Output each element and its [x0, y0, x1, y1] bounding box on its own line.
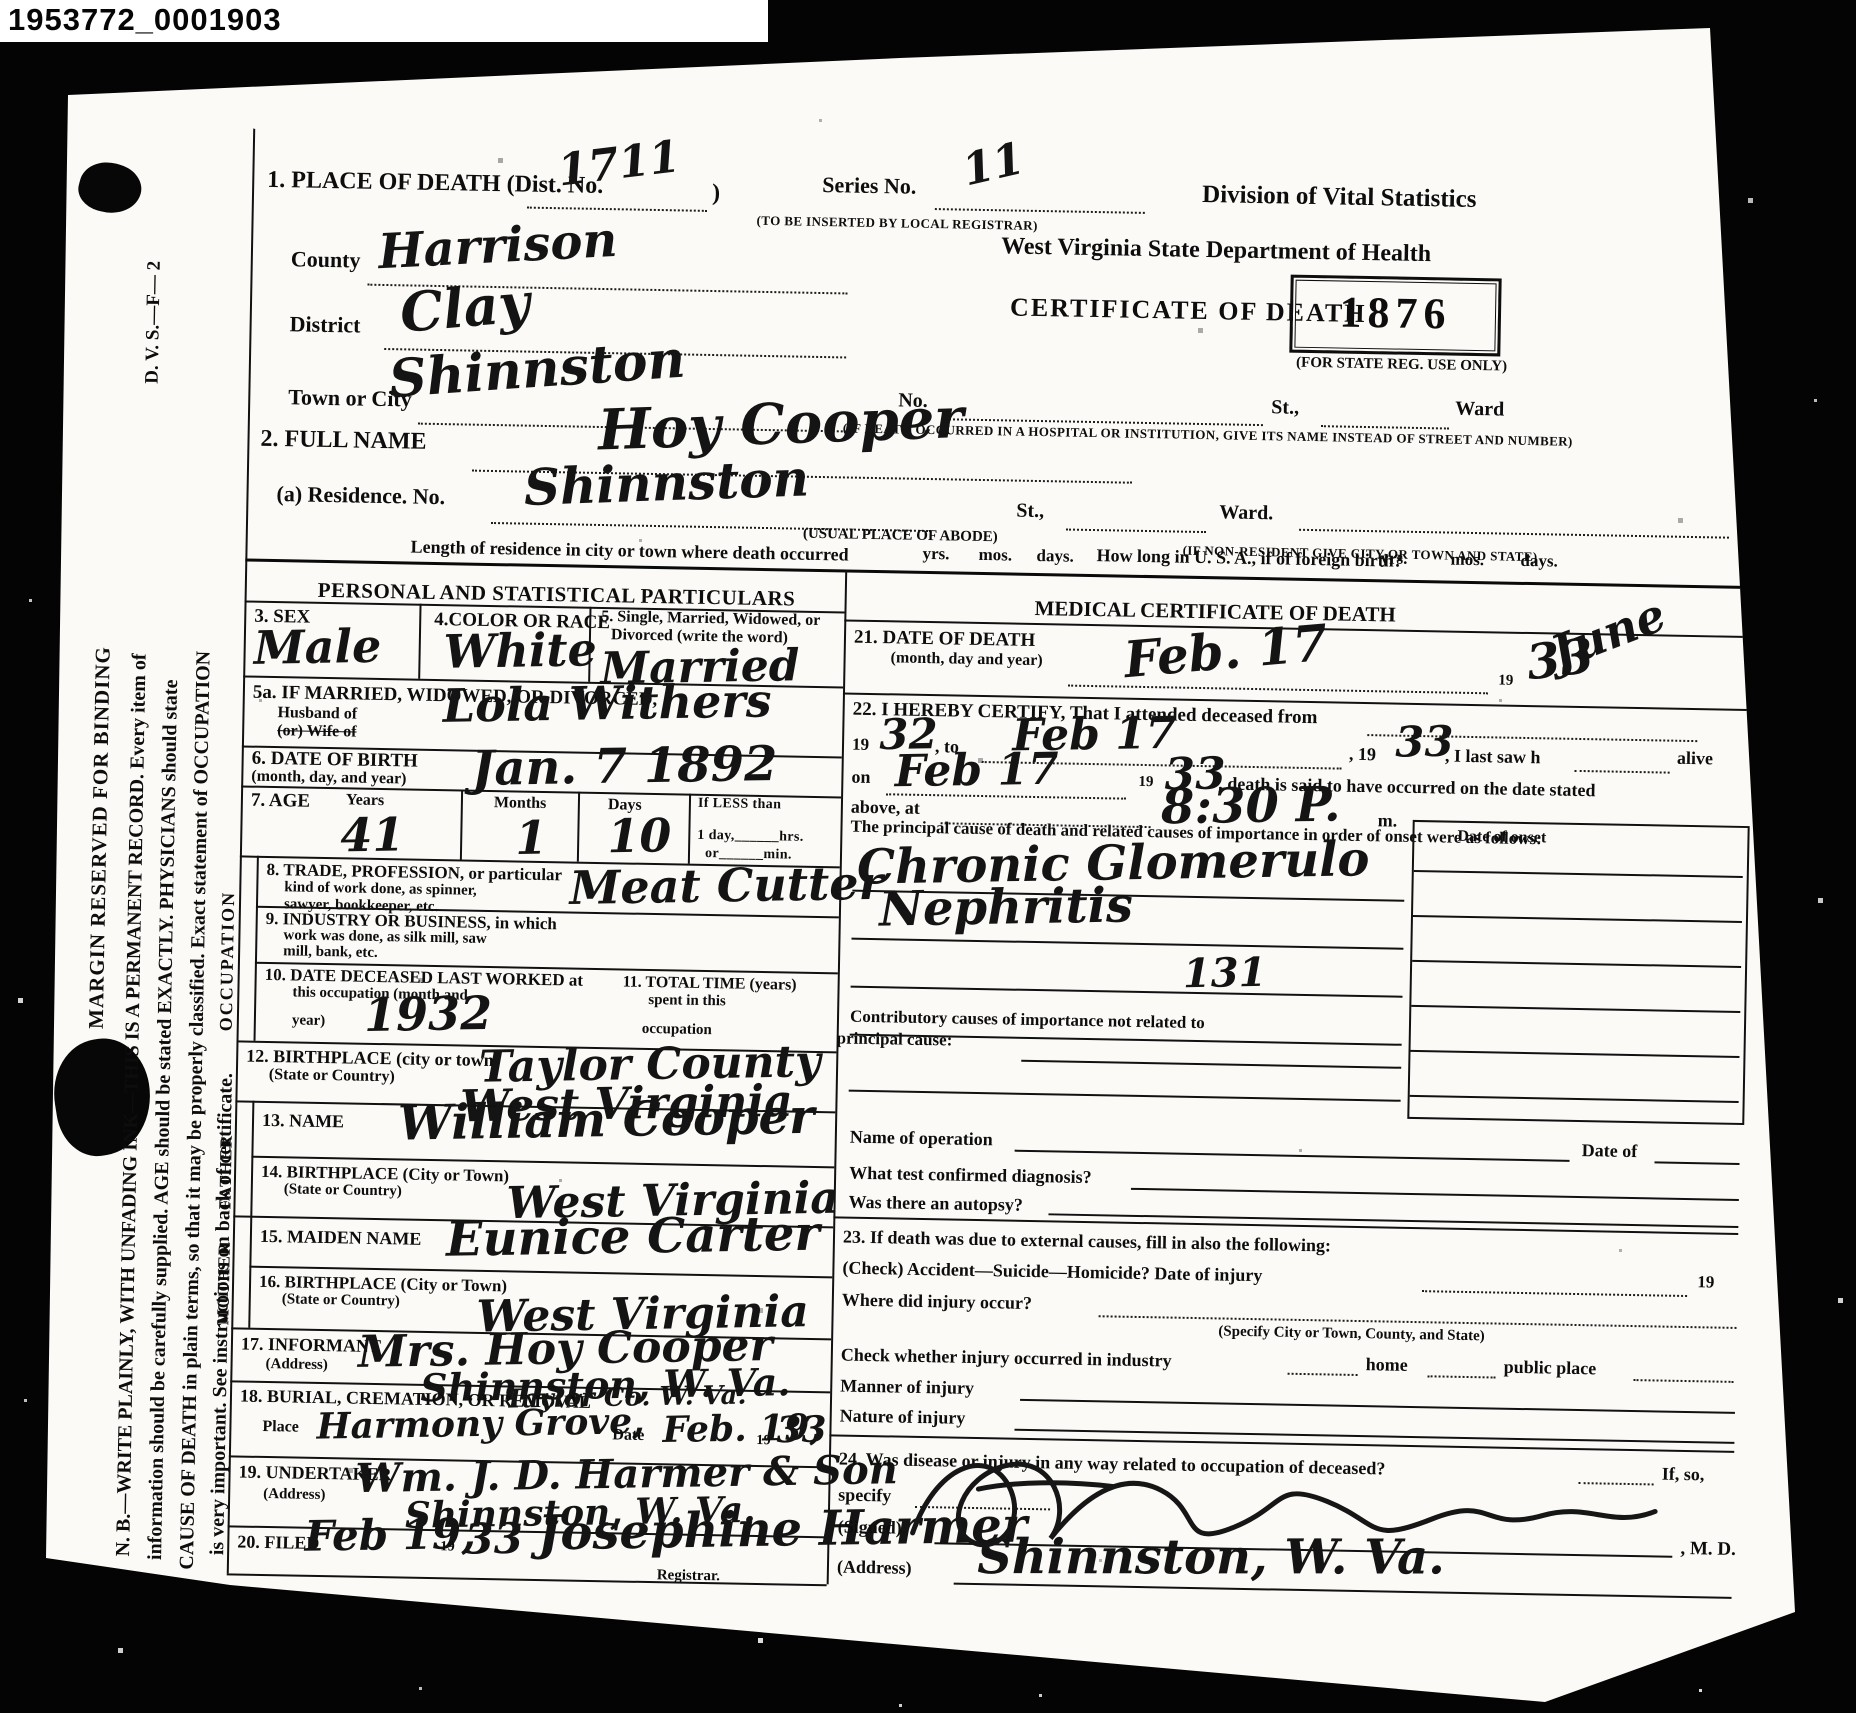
age-less-1: If LESS than	[698, 796, 782, 814]
sex-value: Male	[253, 619, 381, 675]
wife-label: (or) Wife of	[277, 722, 357, 741]
nature-label: Nature of injury	[840, 1406, 966, 1429]
mos-label: mos.	[978, 545, 1012, 566]
place-of-death-label: 1. PLACE OF DEATH (Dist. No.	[267, 167, 603, 200]
scan-id-label: 1953772_0001903	[8, 2, 282, 38]
st2-line	[1066, 529, 1206, 534]
state-reg-note: (FOR STATE REG. USE ONLY)	[1296, 355, 1507, 376]
burial-place-label: Place	[262, 1418, 299, 1437]
industry-line	[1288, 1373, 1358, 1376]
totaltime-label-2: spent in this	[648, 992, 726, 1010]
yrs2-label: yrs.	[1380, 548, 1407, 568]
st-label: St.,	[1271, 396, 1299, 420]
contributory-line	[849, 1090, 1401, 1102]
age-months-value: 1	[515, 811, 548, 866]
yrs-label: yrs.	[922, 544, 949, 564]
certify-2c: , 19	[1349, 744, 1376, 765]
father-divider	[248, 1101, 254, 1328]
filed-printed: 19	[440, 1539, 455, 1555]
certify-2d: , I last saw h	[1445, 746, 1541, 769]
external-causes-label: 23. If death was due to external causes,…	[843, 1227, 1331, 1257]
st2-label: St.,	[1016, 500, 1044, 524]
cell-divider	[418, 604, 421, 679]
father-bp-sub: (State or Country)	[284, 1181, 402, 1200]
mos2-label: mos.	[1450, 550, 1484, 571]
industry-check-label: Check whether injury occurred in industr…	[841, 1345, 1172, 1372]
certify-4a: above, at	[851, 797, 920, 819]
ward2-line	[1299, 529, 1729, 539]
cause-line	[851, 938, 1403, 950]
cause-of-death-2: Nephritis	[879, 877, 1134, 937]
home-label: home	[1366, 1354, 1408, 1376]
operation-date-label: Date of	[1582, 1140, 1638, 1162]
address-label: (Address)	[837, 1556, 912, 1578]
public-place-label: public place	[1504, 1357, 1597, 1380]
district-number-value: 1711	[555, 131, 683, 196]
father-vertical-label: FATHER	[215, 1109, 237, 1209]
manner-label: Manner of injury	[840, 1376, 974, 1399]
dod-printed: 19	[1498, 672, 1513, 689]
lastworked-label-3: year)	[292, 1012, 326, 1030]
district-label: District	[289, 311, 360, 338]
row-line	[227, 1573, 827, 1586]
age-years-value: 41	[340, 807, 405, 862]
occupation-vertical-label: OCCUPATION	[216, 871, 240, 1031]
autopsy-label: Was there an autopsy?	[848, 1192, 1023, 1216]
manner-line	[1020, 1399, 1735, 1414]
department-title: West Virginia State Department of Health	[1001, 233, 1431, 268]
fullname-label: 2. FULL NAME	[260, 426, 426, 456]
margin-form-number: D. V. S.—F— 2	[142, 164, 168, 384]
informant-sub: (Address)	[265, 1356, 328, 1374]
district-value: Clay	[397, 270, 532, 345]
days-label: days.	[1036, 546, 1074, 567]
burial-date-printed: 19	[756, 1433, 771, 1449]
cause-line	[851, 986, 1403, 998]
where-note: (Specify City or Town, County, and State…	[1218, 1323, 1485, 1345]
totaltime-label-3: occupation	[642, 1021, 712, 1039]
series-line	[935, 208, 1145, 214]
certify-from-value: June	[1543, 587, 1672, 680]
check-year: 19	[1697, 1272, 1714, 1292]
birthplace-sub: (State or Country)	[269, 1066, 395, 1086]
race-value: White	[443, 622, 597, 679]
filed-year: 33	[464, 1514, 523, 1564]
contributory-label-2: principal cause:	[836, 1028, 952, 1050]
industry-label-3: mill, bank, etc.	[283, 943, 378, 962]
contributory-line	[1021, 1060, 1401, 1069]
ink-blot	[74, 156, 147, 220]
registration-number: 1876	[1292, 278, 1498, 350]
residence-length-label: Length of residence in city or town wher…	[410, 537, 848, 566]
form-left-border	[227, 129, 255, 1574]
certify-2e: alive	[1677, 748, 1713, 770]
undertaker-sub: (Address)	[263, 1486, 326, 1504]
dist-no-line	[527, 207, 707, 212]
usa-label: How long in U. S. A., if of foreign birt…	[1096, 545, 1403, 572]
cell-divider	[688, 794, 691, 864]
county-value: Harrison	[377, 212, 619, 280]
test-label: What test confirmed diagnosis?	[849, 1163, 1092, 1188]
division-title: Division of Vital Statistics	[1202, 181, 1477, 214]
series-no-label: Series No.	[822, 172, 917, 200]
operation-label: Name of operation	[850, 1127, 993, 1151]
place-close-paren: )	[712, 180, 720, 207]
certify-on-value: Feb 17	[894, 744, 1059, 798]
age-label: 7. AGE	[251, 790, 311, 813]
mother-bp-sub: (State or Country)	[282, 1291, 400, 1310]
burial-date-year: 33	[776, 1408, 827, 1451]
ward2-label: Ward.	[1219, 501, 1273, 525]
operation-line	[1015, 1150, 1570, 1162]
age-days-value: 10	[607, 808, 672, 863]
age-less-2: 1 day,______hrs.	[697, 828, 804, 846]
lastworked-value: 1932	[364, 986, 493, 1042]
registration-number-box: 1876	[1289, 275, 1501, 357]
scan-id-strip: 1953772_0001903	[0, 0, 768, 42]
father-name-value: William Cooper	[398, 1089, 815, 1152]
certify-3a: on	[851, 767, 870, 788]
dod-label: 21. DATE OF DEATH	[854, 627, 1036, 652]
certify-alive-line	[1575, 770, 1670, 774]
onset-box	[1407, 820, 1749, 1125]
md-label: , M. D.	[1680, 1538, 1736, 1561]
scanned-death-certificate: 1953772_0001903 D. V. S.—F— 2 MARGIN RES…	[0, 0, 1856, 1713]
abode-note: (USUAL PLACE OF ABODE)	[803, 526, 998, 547]
certificate-content: D. V. S.—F— 2 MARGIN RESERVED FOR BINDIN…	[30, 30, 1760, 1711]
certify-2a: 19	[852, 735, 869, 755]
dod-sub: (month, day and year)	[890, 649, 1042, 670]
mother-vertical-label: MOTHER	[213, 1225, 235, 1325]
father-name-label: 13. NAME	[262, 1110, 344, 1132]
onset-label: Date of onset	[1457, 828, 1546, 848]
spouse-value: Lola Withers	[442, 673, 772, 732]
burial-date-label: Date	[612, 1426, 644, 1445]
trade-value: Meat Cutter	[569, 856, 883, 915]
certificate-paper: D. V. S.—F— 2 MARGIN RESERVED FOR BINDIN…	[0, 0, 1856, 1713]
series-no-value: 11	[958, 133, 1029, 196]
county-label: County	[291, 246, 361, 273]
cell-divider	[577, 792, 580, 862]
public-line	[1634, 1379, 1734, 1383]
dob-value: Jan. 7 1892	[471, 736, 778, 797]
burial-place-value: Harmony Grove,	[316, 1400, 645, 1447]
mother-name-value: Eunice Carter	[446, 1206, 821, 1268]
where-injury-label: Where did injury occur?	[842, 1290, 1033, 1314]
series-note: (TO BE INSERTED BY LOCAL REGISTRAR)	[756, 213, 1037, 234]
residence-label: (a) Residence. No.	[276, 481, 445, 510]
occupation-divider	[254, 856, 259, 1041]
operation-date-line	[1654, 1161, 1739, 1165]
column-divider	[827, 569, 848, 1584]
mother-name-label: 15. MAIDEN NAME	[260, 1226, 422, 1250]
days2-label: days.	[1520, 551, 1558, 572]
test-line	[1131, 1188, 1739, 1201]
cell-divider	[460, 789, 463, 859]
injury-date-line	[1422, 1290, 1687, 1297]
residence-value: Shinnston	[523, 448, 810, 517]
check-label: (Check) Accident—Suicide—Homicide? Date …	[842, 1258, 1262, 1287]
husband-label: Husband of	[277, 704, 357, 723]
certify-3b: 19	[1138, 774, 1153, 791]
cause-code-value: 131	[1183, 949, 1267, 997]
ward-label: Ward	[1455, 398, 1504, 422]
home-line	[1428, 1375, 1496, 1378]
physician-signature	[882, 1427, 1684, 1572]
margin-binding-note: MARGIN RESERVED FOR BINDING	[84, 559, 118, 1029]
